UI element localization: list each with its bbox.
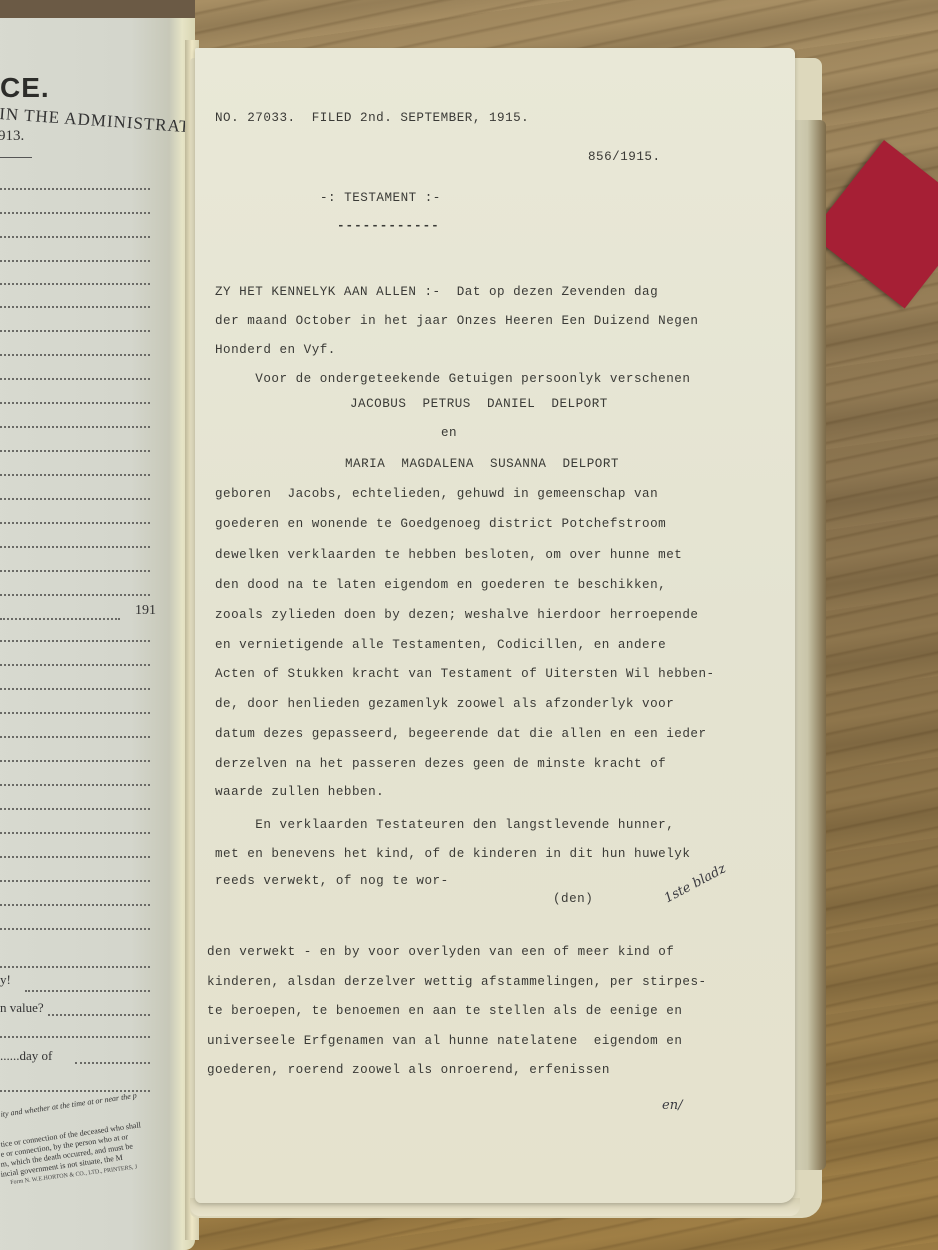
left-page-rule bbox=[0, 157, 32, 158]
reference-number: 856/1915. bbox=[588, 150, 661, 164]
body-line: Acten of Stukken kracht van Testament of… bbox=[215, 667, 715, 681]
dotted-line bbox=[0, 354, 150, 356]
dotted-line bbox=[48, 1014, 150, 1016]
dotted-line bbox=[0, 330, 150, 332]
dotted-line bbox=[0, 450, 150, 452]
dotted-line bbox=[0, 498, 150, 500]
left-page-title: CE. bbox=[0, 72, 50, 104]
dotted-line bbox=[0, 966, 150, 968]
typed-document-page bbox=[195, 48, 795, 1203]
dotted-line bbox=[25, 990, 150, 992]
dotted-line bbox=[0, 808, 150, 810]
left-page-label: y! bbox=[0, 972, 11, 988]
testator-name: JACOBUS PETRUS DANIEL DELPORT bbox=[350, 397, 608, 411]
body-line: universeele Erfgenamen van al hunne nate… bbox=[207, 1034, 682, 1048]
catchword: en/ bbox=[662, 1098, 682, 1113]
body-line: waarde zullen hebben. bbox=[215, 785, 384, 799]
body-line: zooals zylieden doen by dezen; weshalve … bbox=[215, 608, 698, 622]
continuation-marker: (den) bbox=[553, 892, 593, 906]
filing-header: NO. 27033. FILED 2nd. SEPTEMBER, 1915. bbox=[215, 111, 529, 125]
body-line: datum dezes gepasseerd, begeerende dat d… bbox=[215, 727, 707, 741]
body-line: Voor de ondergeteekende Getuigen persoon… bbox=[215, 372, 690, 386]
dotted-line bbox=[0, 1036, 150, 1038]
dotted-line bbox=[0, 832, 150, 834]
dotted-line bbox=[0, 522, 150, 524]
dotted-line bbox=[0, 712, 150, 714]
body-line: derzelven na het passeren dezes geen de … bbox=[215, 757, 666, 771]
testatrix-name: MARIA MAGDALENA SUSANNA DELPORT bbox=[345, 457, 619, 471]
dotted-line bbox=[0, 188, 150, 190]
body-line: geboren Jacobs, echtelieden, gehuwd in g… bbox=[215, 487, 658, 501]
dotted-line bbox=[0, 546, 150, 548]
left-page-subtitle: IN THE ADMINISTRAT bbox=[0, 104, 191, 137]
conjunction: en bbox=[441, 426, 457, 440]
red-card-object bbox=[810, 140, 938, 308]
body-line: den verwekt - en by voor overlyden van e… bbox=[207, 945, 674, 959]
body-line: Honderd en Vyf. bbox=[215, 343, 336, 357]
dotted-line bbox=[0, 856, 150, 858]
dotted-line bbox=[0, 594, 150, 596]
body-line: ZY HET KENNELYK AAN ALLEN :- Dat op deze… bbox=[215, 285, 658, 299]
dotted-line bbox=[0, 474, 150, 476]
body-line: goederen en wonende te Goedgenoeg distri… bbox=[215, 517, 666, 531]
title-underline: ------------ bbox=[337, 219, 440, 233]
dotted-line bbox=[0, 760, 150, 762]
body-line: dewelken verklaarden te hebben besloten,… bbox=[215, 548, 682, 562]
body-line: en vernietigende alle Testamenten, Codic… bbox=[215, 638, 666, 652]
left-page-number: 191 bbox=[135, 603, 156, 619]
left-printed-page: CE. IN THE ADMINISTRAT 913. 191 y! n val… bbox=[0, 0, 195, 1250]
dotted-line bbox=[0, 618, 120, 620]
dotted-line bbox=[0, 664, 150, 666]
dotted-line bbox=[0, 283, 150, 285]
dotted-line bbox=[0, 880, 150, 882]
left-page-year: 913. bbox=[0, 128, 24, 145]
body-line: reeds verwekt, of nog te wor- bbox=[215, 874, 449, 888]
left-page-label: ......day of bbox=[0, 1048, 52, 1064]
dotted-line bbox=[0, 784, 150, 786]
dotted-line bbox=[0, 688, 150, 690]
left-page-label: n value? bbox=[0, 1000, 44, 1016]
dotted-line bbox=[0, 378, 150, 380]
dotted-line bbox=[0, 736, 150, 738]
dotted-line bbox=[0, 928, 150, 930]
dotted-line bbox=[0, 640, 150, 642]
document-title: -: TESTAMENT :- bbox=[320, 191, 441, 205]
dotted-line bbox=[0, 402, 150, 404]
page-shadow-strip bbox=[0, 0, 195, 18]
body-line: En verklaarden Testateuren den langstlev… bbox=[215, 818, 674, 832]
dotted-line bbox=[75, 1062, 150, 1064]
dotted-line bbox=[0, 570, 150, 572]
body-line: te beroepen, te benoemen en aan te stell… bbox=[207, 1004, 682, 1018]
fine-print-line: ity and whether at the time at or near t… bbox=[0, 1091, 137, 1119]
dotted-line bbox=[0, 306, 150, 308]
body-line: met en benevens het kind, of de kinderen… bbox=[215, 847, 690, 861]
body-line: kinderen, alsdan derzelver wettig afstam… bbox=[207, 975, 707, 989]
dotted-line bbox=[0, 426, 150, 428]
body-line: de, door henlieden gezamenlyk zoowel als… bbox=[215, 697, 674, 711]
body-line: der maand October in het jaar Onzes Heer… bbox=[215, 314, 698, 328]
body-line: den dood na te laten eigendom en goedere… bbox=[215, 578, 666, 592]
dotted-line bbox=[0, 236, 150, 238]
dotted-line bbox=[0, 260, 150, 262]
dotted-line bbox=[0, 212, 150, 214]
body-line: goederen, roerend zoowel als onroerend, … bbox=[207, 1063, 610, 1077]
dotted-line bbox=[0, 904, 150, 906]
